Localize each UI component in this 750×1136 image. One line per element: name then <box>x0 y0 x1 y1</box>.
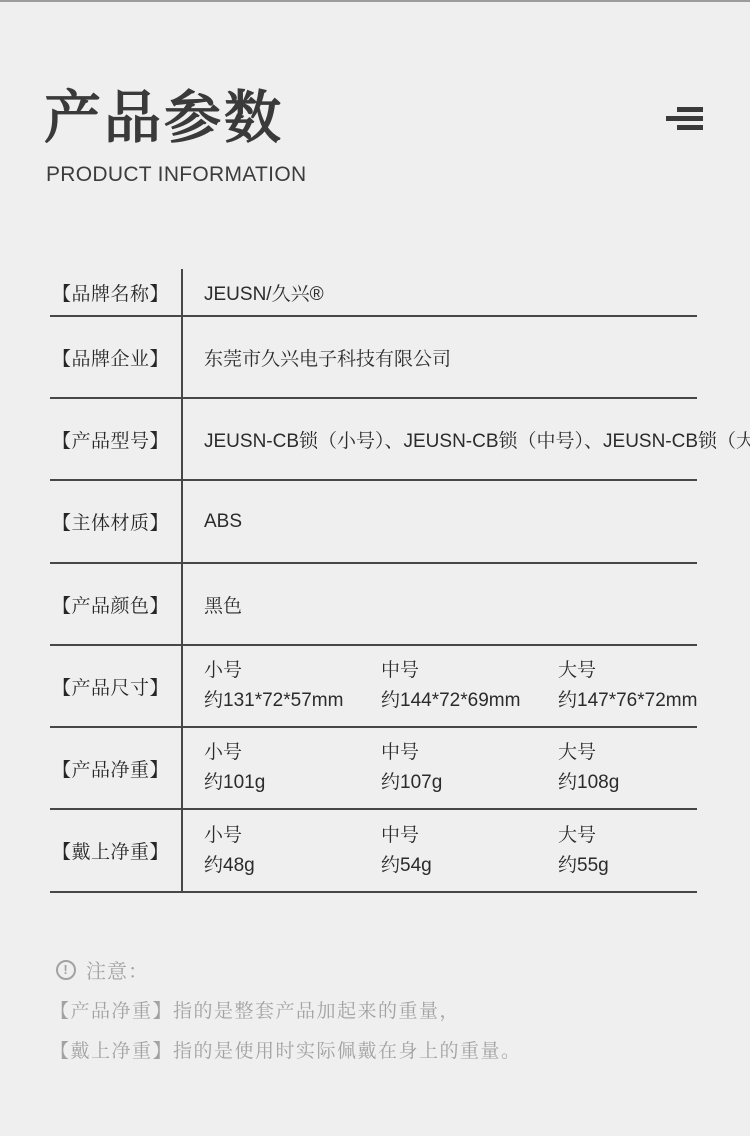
note-line: 【戴上净重】指的是使用时实际佩戴在身上的重量。 <box>50 1036 522 1063</box>
size-columns: 小号 约48g 中号 约54g 大号 约55g <box>204 821 697 881</box>
size-value: 约147*76*72mm <box>558 686 697 716</box>
row-value: 小号 约131*72*57mm 中号 约144*72*69mm 大号 约147*… <box>181 646 697 726</box>
row-label: 【产品净重】 <box>50 728 181 808</box>
size-column-medium: 中号 约54g <box>381 821 558 881</box>
size-column-large: 大号 约147*76*72mm <box>558 656 697 716</box>
size-value: 约101g <box>204 768 381 798</box>
row-label: 【主体材质】 <box>50 481 181 562</box>
size-value: 约54g <box>381 851 558 881</box>
row-value: 小号 约101g 中号 约107g 大号 约108g <box>181 728 697 808</box>
row-label: 【品牌企业】 <box>50 317 181 397</box>
size-column-small: 小号 约48g <box>204 821 381 881</box>
row-value: JEUSN/久兴® <box>181 269 697 315</box>
row-value: 黑色 <box>181 564 697 644</box>
size-column-small: 小号 约131*72*57mm <box>204 656 381 716</box>
size-value: 约107g <box>381 768 558 798</box>
row-value: 小号 约48g 中号 约54g 大号 约55g <box>181 810 697 891</box>
size-column-medium: 中号 约144*72*69mm <box>381 656 558 716</box>
notes-heading: ! 注意： <box>56 955 149 984</box>
table-row-color: 【产品颜色】 黑色 <box>50 564 697 646</box>
size-name: 中号 <box>381 656 558 686</box>
row-label: 【产品尺寸】 <box>50 646 181 726</box>
menu-bar-top <box>677 107 703 112</box>
row-value: 东莞市久兴电子科技有限公司 <box>181 317 697 397</box>
row-label: 【产品型号】 <box>50 399 181 479</box>
size-columns: 小号 约101g 中号 约107g 大号 约108g <box>204 738 697 798</box>
size-name: 小号 <box>204 738 381 768</box>
size-column-small: 小号 约101g <box>204 738 381 798</box>
row-label: 【产品颜色】 <box>50 564 181 644</box>
size-name: 大号 <box>558 656 697 686</box>
note-line: 【产品净重】指的是整套产品加起来的重量， <box>50 996 460 1023</box>
notes-heading-label: 注意： <box>86 955 149 984</box>
page-title: 产品参数 <box>44 86 284 150</box>
table-row-brand-company: 【品牌企业】 东莞市久兴电子科技有限公司 <box>50 317 697 399</box>
table-row-wearing-weight: 【戴上净重】 小号 约48g 中号 约54g 大号 约55g <box>50 810 697 893</box>
size-value: 约48g <box>204 851 381 881</box>
table-row-product-weight: 【产品净重】 小号 约101g 中号 约107g 大号 约108g <box>50 728 697 810</box>
table-row-material: 【主体材质】 ABS <box>50 481 697 564</box>
row-value: JEUSN-CB锁（小号）、JEUSN-CB锁（中号）、JEUSN-CB锁（大号… <box>181 399 750 479</box>
page-subtitle: PRODUCT INFORMATION <box>46 163 306 187</box>
circle-exclamation-icon: ! <box>56 960 76 980</box>
menu-bar-middle <box>666 116 703 121</box>
menu-bar-bottom <box>677 125 703 130</box>
size-name: 中号 <box>381 821 558 851</box>
spec-table: 【品牌名称】 JEUSN/久兴® 【品牌企业】 东莞市久兴电子科技有限公司 【产… <box>50 269 697 893</box>
menu-lines-icon <box>666 107 703 130</box>
size-name: 大号 <box>558 738 697 768</box>
size-value: 约108g <box>558 768 697 798</box>
size-columns: 小号 约131*72*57mm 中号 约144*72*69mm 大号 约147*… <box>204 656 697 716</box>
table-row-dimensions: 【产品尺寸】 小号 约131*72*57mm 中号 约144*72*69mm 大… <box>50 646 697 728</box>
row-label: 【品牌名称】 <box>50 269 181 315</box>
size-name: 大号 <box>558 821 697 851</box>
size-value: 约131*72*57mm <box>204 686 381 716</box>
product-info-page: 产品参数 PRODUCT INFORMATION 【品牌名称】 JEUSN/久兴… <box>0 0 750 1136</box>
size-name: 小号 <box>204 821 381 851</box>
table-row-brand-name: 【品牌名称】 JEUSN/久兴® <box>50 269 697 317</box>
table-vertical-divider <box>181 269 183 893</box>
size-value: 约55g <box>558 851 697 881</box>
size-name: 中号 <box>381 738 558 768</box>
top-edge-line <box>0 0 750 2</box>
row-value: ABS <box>181 481 697 562</box>
row-label: 【戴上净重】 <box>50 810 181 891</box>
size-name: 小号 <box>204 656 381 686</box>
size-value: 约144*72*69mm <box>381 686 558 716</box>
size-column-large: 大号 约108g <box>558 738 697 798</box>
size-column-medium: 中号 约107g <box>381 738 558 798</box>
size-column-large: 大号 约55g <box>558 821 697 881</box>
table-row-product-model: 【产品型号】 JEUSN-CB锁（小号）、JEUSN-CB锁（中号）、JEUSN… <box>50 399 697 481</box>
